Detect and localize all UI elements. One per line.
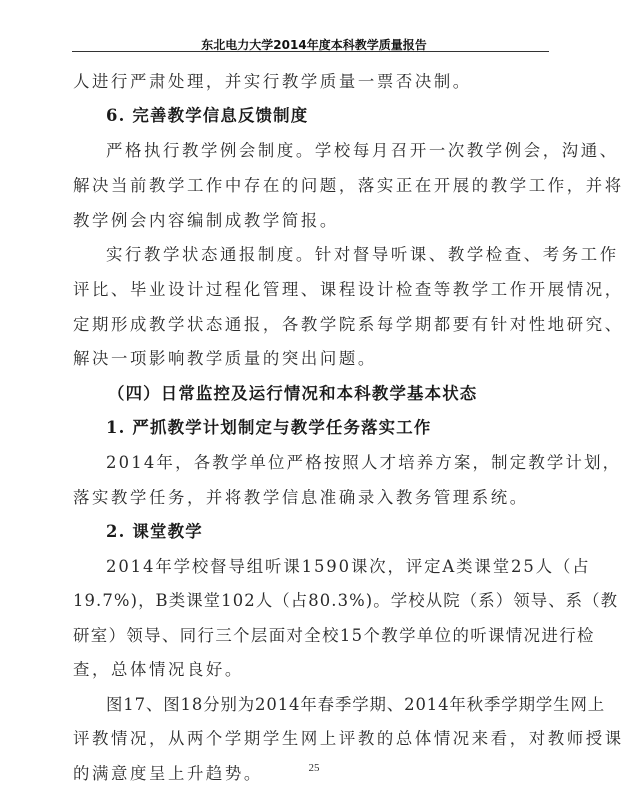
body-line: 实行教学状态通报制度。针对督导听课、教学检查、考务工作 bbox=[106, 245, 619, 265]
body-line: 人进行严肃处理，并实行教学质量一票否决制。 bbox=[73, 72, 472, 92]
body-line: 2014年学校督导组听课1590课次，评定A类课堂25人（占 bbox=[106, 557, 591, 577]
body-line: 查，总体情况良好。 bbox=[73, 660, 244, 680]
section-heading: 6. 完善教学信息反馈制度 bbox=[106, 106, 308, 126]
section-heading: 1. 严抓教学计划制定与教学任务落实工作 bbox=[106, 418, 431, 438]
body-line: 落实教学任务，并将教学信息准确录入教务管理系统。 bbox=[73, 488, 529, 508]
body-line: 19.7%)，B类课堂102人（占80.3%)。学校从院（系）领导、系（教 bbox=[73, 591, 618, 611]
body-line: 定期形成教学状态通报，各教学院系每学期都要有针对性地研究、 bbox=[73, 315, 624, 335]
body-line: 教学例会内容编制成教学简报。 bbox=[73, 211, 339, 231]
header-rule bbox=[72, 51, 549, 52]
body-line: 解决一项影响教学质量的突出问题。 bbox=[73, 349, 377, 369]
body-line: 2014年，各教学单位严格按照人才培养方案，制定教学计划， bbox=[106, 453, 621, 473]
body-line: 评比、毕业设计过程化管理、课程设计检查等教学工作开展情况， bbox=[73, 280, 624, 300]
section-heading: 2. 课堂教学 bbox=[106, 522, 203, 542]
section-heading: （四）日常监控及运行情况和本科教学基本状态 bbox=[108, 384, 477, 404]
body-line: 研室）领导、同行三个层面对全校15个教学单位的听课情况进行检 bbox=[73, 626, 595, 646]
body-line: 评教情况，从两个学期学生网上评教的总体情况来看，对教师授课 bbox=[73, 729, 624, 749]
page-number: 25 bbox=[0, 762, 628, 774]
body-line: 严格执行教学例会制度。学校每月召开一次教学例会，沟通、 bbox=[106, 141, 619, 161]
body-line: 图17、图18分别为2014年春季学期、2014年秋季学期学生网上 bbox=[106, 695, 605, 715]
body-line: 解决当前教学工作中存在的问题，落实正在开展的教学工作，并将 bbox=[73, 176, 624, 196]
